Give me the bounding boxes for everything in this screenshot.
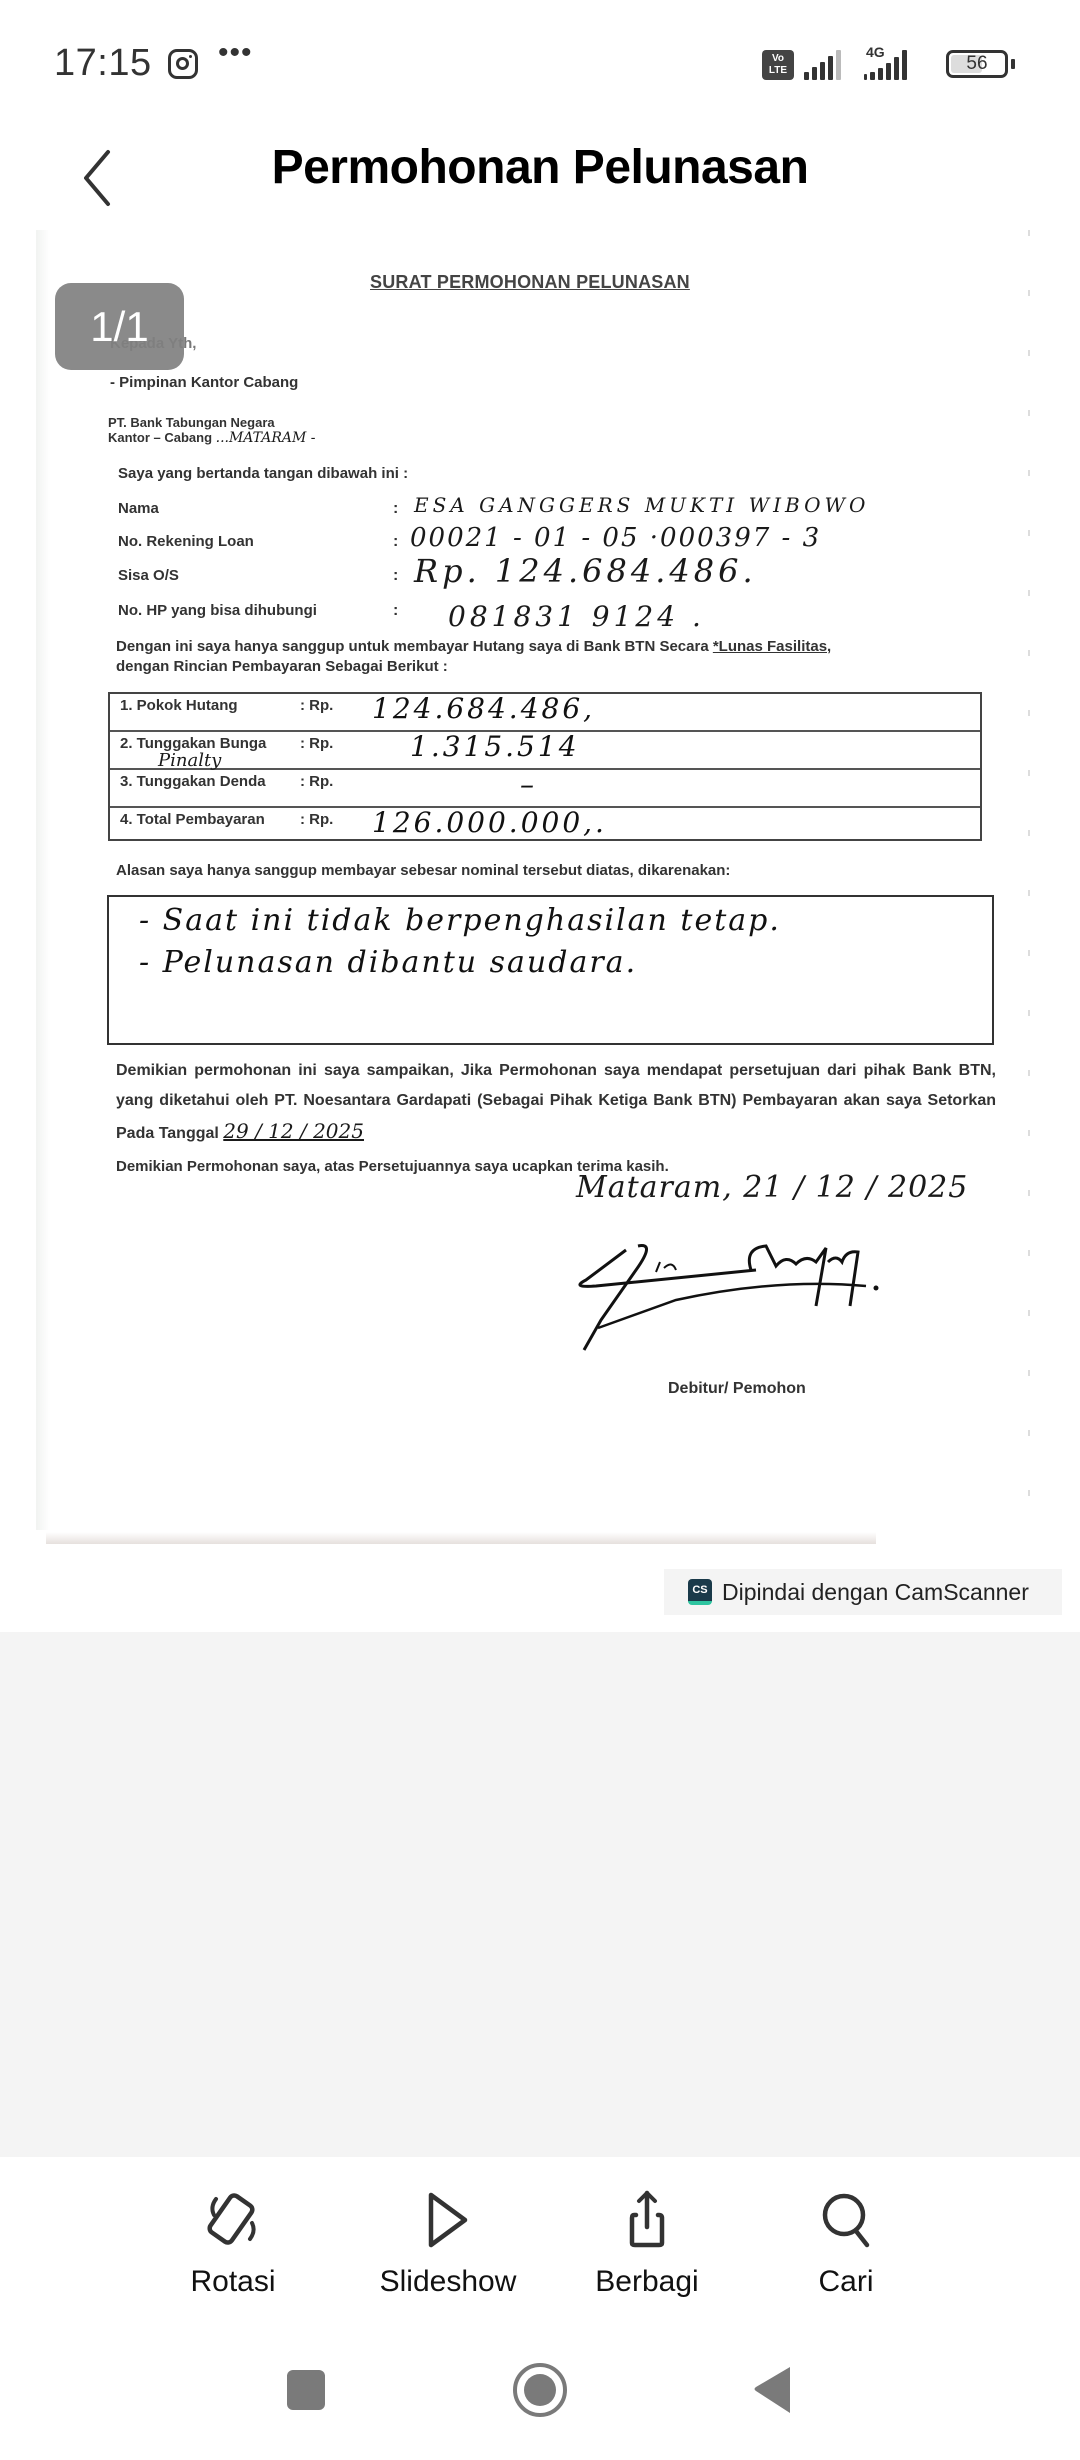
payment-value: 1.315.514	[410, 730, 580, 763]
triangle-back-icon	[752, 2365, 792, 2415]
branch-label: Kantor – Cabang	[108, 430, 216, 445]
signer-label: Debitur/ Pemohon	[668, 1380, 806, 1398]
back-nav-button[interactable]	[752, 2365, 792, 2420]
field-colon: :	[393, 602, 398, 620]
place-date: Mataram, 21 / 12 / 2025	[576, 1170, 968, 1205]
field-label-account: No. Rekening Loan	[118, 533, 254, 550]
payment-row: 2. Tunggakan Bunga : Rp. 1.315.514 Pinal…	[110, 732, 980, 770]
status-bar: 17:15 ••• VoLTE 4G 56	[0, 0, 1080, 120]
payment-row: 1. Pokok Hutang : Rp. 124.684.486,	[110, 694, 980, 732]
payment-label: 3. Tunggakan Denda	[120, 773, 266, 790]
intro-text: Saya yang bertanda tangan dibawah ini :	[118, 465, 408, 482]
signal-strength-2-icon	[864, 50, 907, 80]
share-label: Berbagi	[567, 2265, 727, 2299]
slideshow-button[interactable]: Slideshow	[368, 2187, 528, 2299]
payment-label: 4. Total Pembayaran	[120, 811, 265, 828]
rotate-label: Rotasi	[153, 2265, 313, 2299]
payment-note: Pinalty	[158, 750, 221, 771]
payment-value: 124.684.486,	[372, 692, 595, 725]
statement-text: Dengan ini saya hanya sanggup untuk memb…	[116, 638, 713, 655]
field-value-name: ESA GANGGERS MUKTI WIBOWO	[414, 493, 869, 517]
field-colon: :	[393, 567, 398, 585]
page-title: Permohonan Pelunasan	[0, 140, 1080, 195]
scan-edge	[1028, 230, 1030, 1510]
slideshow-label: Slideshow	[368, 2265, 528, 2299]
rotate-button[interactable]: Rotasi	[153, 2187, 313, 2299]
payment-value: –	[520, 768, 537, 801]
branch-value: ...MATARAM -	[216, 430, 316, 446]
bank-name: PT. Bank Tabungan Negara	[108, 415, 275, 430]
reason-heading: Alasan saya hanya sanggup membayar sebes…	[116, 862, 730, 879]
home-button[interactable]	[512, 2362, 568, 2423]
play-icon	[415, 2187, 481, 2253]
field-label-name: Nama	[118, 500, 159, 517]
status-time: 17:15	[54, 42, 152, 85]
circle-icon	[512, 2362, 568, 2418]
document-viewer[interactable]: 1/1 SURAT PERMOHONAN PELUNASAN Kepada Yt…	[0, 230, 1080, 1630]
page-counter: 1/1	[55, 283, 184, 370]
recipient: - Pimpinan Kantor Cabang	[110, 374, 298, 391]
camscanner-text: Dipindai dengan CamScanner	[722, 1579, 1029, 1606]
payment-date: 29 / 12 / 2025	[223, 1119, 364, 1143]
field-label-phone: No. HP yang bisa dihubungi	[118, 602, 317, 619]
payment-currency: : Rp.	[300, 811, 333, 828]
field-value-phone: 081831 9124 .	[448, 600, 705, 633]
reason-line: - Pelunasan dibantu saudara.	[139, 945, 637, 980]
payment-currency: : Rp.	[300, 697, 333, 714]
camscanner-watermark: CS Dipindai dengan CamScanner	[664, 1569, 1062, 1615]
battery-cap	[1011, 59, 1015, 69]
search-icon	[813, 2187, 879, 2253]
statement-line-2: dengan Rincian Pembayaran Sebagai Beriku…	[116, 658, 448, 675]
payment-currency: : Rp.	[300, 735, 333, 752]
payment-table: 1. Pokok Hutang : Rp. 124.684.486, 2. Tu…	[108, 692, 982, 841]
branch-line: Kantor – Cabang ...MATARAM -	[108, 430, 316, 446]
app-header: Permohonan Pelunasan	[0, 120, 1080, 230]
battery-icon: 56	[946, 50, 1008, 78]
field-colon: :	[393, 533, 398, 551]
search-button[interactable]: Cari	[766, 2187, 926, 2299]
signal-strength-1-icon	[804, 50, 841, 80]
share-icon	[614, 2187, 680, 2253]
field-value-outstanding: Rp. 124.684.486.	[414, 552, 757, 590]
battery-level: 56	[949, 53, 1005, 74]
rotate-icon	[200, 2187, 266, 2253]
field-value-account: 00021 - 01 - 05 ·000397 - 3	[410, 523, 821, 553]
field-colon: :	[393, 500, 398, 518]
square-icon	[286, 2369, 326, 2411]
reason-box: - Saat ini tidak berpenghasilan tetap. -…	[107, 895, 994, 1045]
payment-row: 4. Total Pembayaran : Rp. 126.000.000,.	[110, 808, 980, 839]
scan-edge	[46, 1532, 876, 1544]
more-dots-icon: •••	[218, 36, 253, 70]
document-page[interactable]: SURAT PERMOHONAN PELUNASAN Kepada Yth, -…	[36, 230, 1044, 1550]
share-button[interactable]: Berbagi	[567, 2187, 727, 2299]
viewer-background	[0, 1632, 1080, 2157]
reason-line: - Saat ini tidak berpenghasilan tetap.	[139, 903, 781, 938]
closing-paragraph: Demikian permohonan ini saya sampaikan, …	[116, 1056, 996, 1149]
volte-icon: VoLTE	[762, 50, 794, 80]
instagram-icon	[168, 49, 198, 79]
camscanner-logo-icon: CS	[688, 1579, 712, 1605]
recents-button[interactable]	[286, 2369, 326, 2416]
statement-line-1: Dengan ini saya hanya sanggup untuk memb…	[116, 638, 831, 655]
scan-edge	[36, 230, 50, 1530]
bottom-toolbar: Rotasi Slideshow Berbagi Cari	[0, 2157, 1080, 2317]
signature	[576, 1240, 916, 1370]
search-label: Cari	[766, 2265, 926, 2299]
system-navbar	[0, 2317, 1080, 2460]
document-title: SURAT PERMOHONAN PELUNASAN	[370, 272, 690, 293]
payment-label: 1. Pokok Hutang	[120, 697, 238, 714]
field-label-outstanding: Sisa O/S	[118, 567, 179, 584]
statement-emphasis: *Lunas Fasilitas,	[713, 638, 831, 655]
payment-row: 3. Tunggakan Denda : Rp. –	[110, 770, 980, 808]
payment-value: 126.000.000,.	[372, 806, 607, 839]
payment-currency: : Rp.	[300, 773, 333, 790]
